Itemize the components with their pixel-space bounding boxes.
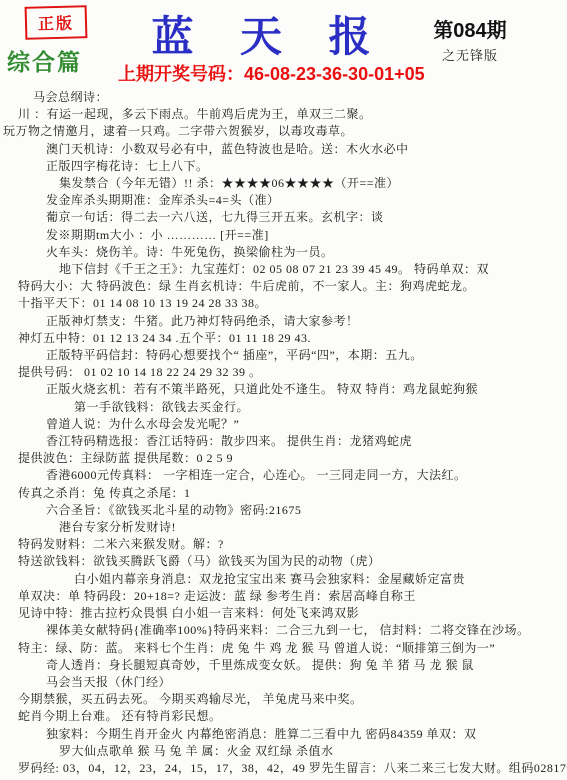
- body-line: 奇人透肖：身长腿短真奇妙，千里炼成变女妖。 提供：狗 兔 羊 猪 马 龙 猴 鼠: [0, 657, 567, 674]
- body-line: 正版特平码信封：特码心想要找个“ 插座”，平码“四”，本期：五九。: [0, 347, 567, 364]
- body-line: 白小姐内幕亲身消息：双龙抢宝宝出来 赛马会独家料：金屋藏娇定富贵: [0, 571, 567, 588]
- body-line: 提供号码： 01 02 10 14 18 22 24 29 32 39 。: [0, 364, 567, 381]
- body-line: 川 ：有运一起现，多云下雨点。牛前鸡后虎为王，单双三二聚。: [0, 106, 567, 123]
- paper-title: 蓝 天 报: [150, 4, 390, 64]
- body-line: 正版火烧玄机：若有不策半路死，只道此处不逢生。 特双 特肖：鸡龙鼠蛇狗猴: [0, 381, 567, 398]
- body-line: 马会当天报（休门经）: [0, 674, 567, 691]
- issue-block: 第084期 之无锋版: [420, 14, 520, 64]
- body-line: 单双决：单 特码段：20+18=? 走运波：蓝 绿 参考生肖：索居高峰自称王: [0, 588, 567, 605]
- body-line: 特码大小：大 特码波色：绿 生肖玄机诗：牛后虎前，不一家人。主：狗鸡虎蛇龙。: [0, 278, 567, 295]
- authenticity-badge: 正版: [25, 5, 88, 40]
- body-line: 今期禁猴，买五码去死。 今期买鸡输尽光， 羊兔虎马来中奖。: [0, 691, 567, 708]
- body-line: 发※期期tm大小 ：小 ………… [开==准]: [0, 227, 567, 244]
- last-draw-result: 上期开奖号码：46-08-23-36-30-01+05: [118, 60, 425, 86]
- body-line: 罗大仙点歌单 猴 马 兔 羊 属：火金 双红绿 杀值水: [0, 743, 567, 760]
- body-line: 马会总纲诗：: [0, 89, 567, 106]
- body-line: 香港6000元传真料： 一字相连一定合，心连心。 一三同走同一方，大法红。: [0, 467, 567, 484]
- body-line: 集发禁合（今年无错）!! 杀：★★★★06★★★★（开==准）: [0, 175, 567, 192]
- body-line: 蛇肖今期上台难。 还有特肖彩民想。: [0, 708, 567, 725]
- body-line: 地下信封《千王之王》：九宝莲灯：02 05 08 07 21 23 39 45 …: [0, 261, 567, 278]
- body-line: 特主：绿、防：蓝。 来料七个生肖：虎 兔 牛 鸡 龙 猴 马 曾道人说：“顺排第…: [0, 640, 567, 657]
- body-line: 神灯五中特：01 12 13 24 34 .五个平：01 11 18 29 43…: [0, 330, 567, 347]
- body-line: 十指平天下：01 14 08 10 13 19 24 28 33 38。: [0, 295, 567, 312]
- body-line: 第一手欲钱料：欲钱去买金行。: [0, 399, 567, 416]
- body-line: 发金库杀头期期准：金库杀头=4=头（准）: [0, 192, 567, 209]
- body-line: 港台专家分析发财诗!: [0, 519, 567, 536]
- body-line: 独家料：今期生肖开金火 内幕绝密消息：胜算二三看中九 密码84359 单双：双: [0, 726, 567, 743]
- body-line: 曾道人说：为什么水母会发光呢？”: [0, 416, 567, 433]
- body-line: 正版神灯禁支：牛猪。此乃神灯特码绝杀，请大家参考！: [0, 313, 567, 330]
- newspaper-page: 正版 蓝 天 报 第084期 之无锋版 综合篇 上期开奖号码：46-08-23-…: [0, 0, 567, 780]
- body-line: 玩万物之情邀月，逮着一只鸡。二字带六贺猴岁，以毒攻毒草。: [0, 123, 567, 140]
- tips-body: 马会总纲诗： 川 ：有运一起现，多云下雨点。牛前鸡后虎为王，单双三二聚。 玩万物…: [0, 89, 567, 777]
- body-line: 罗码经: 03，04，12，23，24，15，17，38，42，49 罗先生留言…: [0, 760, 567, 777]
- body-line: 传真之杀肖：兔 传真之杀尾：1: [0, 485, 567, 502]
- body-line: 香江特码精选报：香江话特码：散步四来。 提供生肖：龙猪鸡蛇虎: [0, 433, 567, 450]
- body-line: 澳门天机诗：小数双号必有中，蓝色特波也是哈。送：木火水必中: [0, 141, 567, 158]
- body-line: 特送欲钱料：欲钱买腾跃飞爵（马）欲钱买为国为民的动物（虎）: [0, 553, 567, 570]
- body-line: 提供波色：主绿防蓝 提供尾数：0 2 5 9: [0, 450, 567, 467]
- issue-number: 第084期: [420, 14, 520, 43]
- body-line: 特码发财料：二米六来猴发财。解：?: [0, 536, 567, 553]
- body-line: 裸体美女献特码{准确率100%}特码来料：二合三九到一七， 信封料：二将交锋在沙…: [0, 622, 567, 639]
- body-line: 火车头：烧伤羊。诗：牛死兔伤，换梁偷柱为一员。: [0, 244, 567, 261]
- body-line: 葡京一句话：得二去一六八送，七九得三开五来。玄机字：谈: [0, 209, 567, 226]
- body-line: 正版四字梅花诗：七上八下。: [0, 158, 567, 175]
- body-line: 六合圣旨：《欲钱买北斗星的动物》密码:21675: [0, 502, 567, 519]
- section-label: 综合篇: [7, 44, 82, 77]
- edition-label: 之无锋版: [420, 45, 520, 64]
- body-line: 见诗中特：推古拉朽众畏惧 白小姐一言来料：何处飞来鸿双影: [0, 605, 567, 622]
